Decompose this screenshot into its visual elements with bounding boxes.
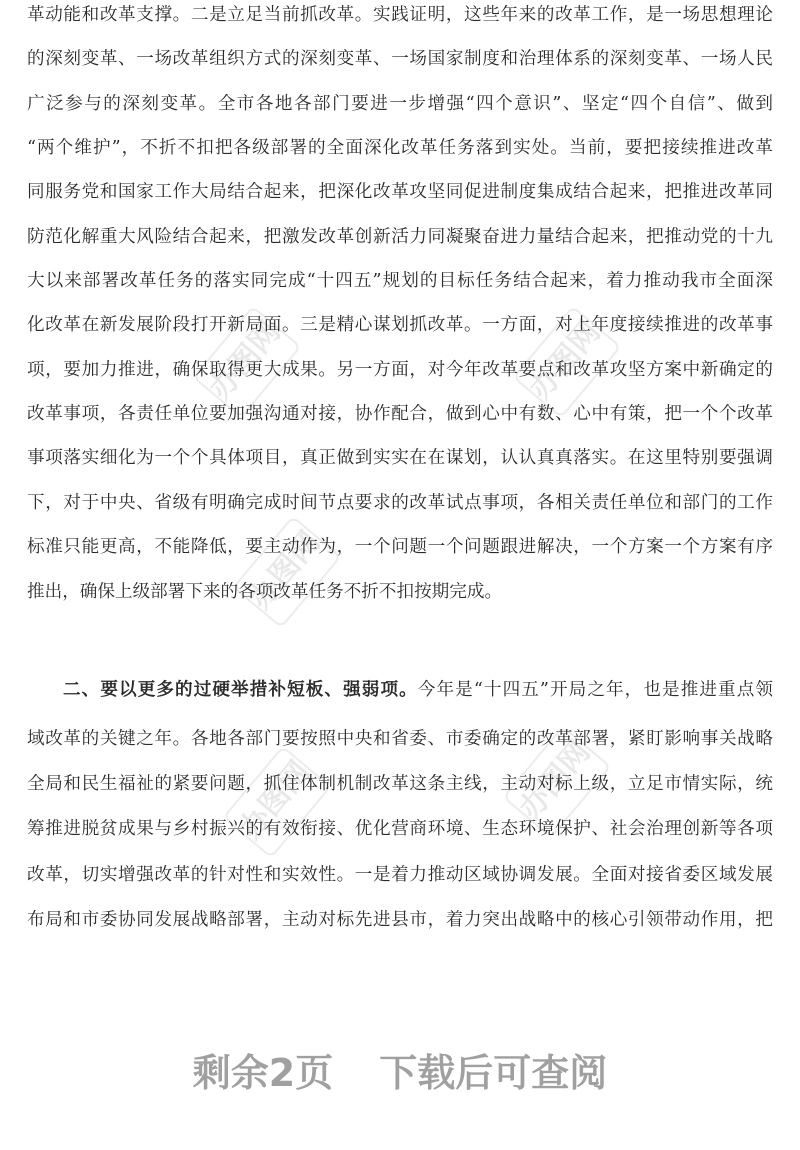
remaining-pages-label: 剩余2页 [193,1046,333,1100]
body-text-line: 下，对于中央、省级有明确完成时间节点要求的改革试点事项，各相关责任单位和部门的工… [27,488,773,518]
download-to-view-label: 下载后可查阅 [379,1046,607,1100]
body-text-line: 标准只能更高，不能降低，要主动作为，一个问题一个问题跟进解决，一个方案一个方案有… [27,532,773,562]
section-intro-text: 今年是“十四五”开局之年，也是推进重点领 [418,680,773,700]
body-text-line: 革动能和改革支撑。二是立足当前抓改革。实践证明，这些年来的改革工作，是一场思想理… [27,0,773,30]
body-text-line: 推出，确保上级部署下来的各项改革任务不折不扣按期完成。 [27,577,773,607]
body-text-line: “两个维护”，不折不扣把各级部署的全面深化改革任务落到实处。当前，要把接续推进改… [27,133,773,163]
download-prompt-banner: 剩余2页下载后可查阅 [0,1046,800,1100]
body-text-line: 布局和市委协同发展战略部署，主动对标先进县市，着力突出战略中的核心引领带动作用，… [27,905,773,935]
section-heading-line: 二、要以更多的过硬举措补短板、强弱项。今年是“十四五”开局之年，也是推进重点领 [63,675,773,705]
body-text-line: 大以来部署改革任务的落实同完成“十四五”规划的目标任务结合起来，着力推动我市全面… [27,266,773,296]
body-text-line: 防范化解重大风险结合起来，把激发改革创新活力同凝聚奋进力量结合起来，把推动党的十… [27,222,773,252]
body-text-line: 的深刻变革、一场改革组织方式的深刻变革、一场国家制度和治理体系的深刻变革、一场人… [27,44,773,74]
body-text-line: 化改革在新发展阶段打开新局面。三是精心谋划抓改革。一方面，对上年度接续推进的改革… [27,310,773,340]
document-page: 办图网 办图网 办图网 办图网 办图网 革动能和改革支撑。二是立足当前抓改革。实… [0,0,800,1150]
body-text-line: 筹推进脱贫成果与乡村振兴的有效衔接、优化营商环境、生态环境保护、社会治理创新等各… [27,814,773,844]
body-text-line: 同服务党和国家工作大局结合起来，把深化改革攻坚同促进制度集成结合起来，把推进改革… [27,177,773,207]
body-text-line: 事项落实细化为一个个具体项目，真正做到实实在在谋划，认认真真落实。在这里特别要强… [27,443,773,473]
section-heading: 二、要以更多的过硬举措补短板、强弱项。 [63,679,418,700]
body-text-line: 项，要加力推进，确保取得更大成果。另一方面，对今年改革要点和改革攻坚方案中新确定… [27,355,773,385]
body-text-line: 广泛参与的深刻变革。全市各地各部门要进一步增强“四个意识”、坚定“四个自信”、做… [27,89,773,119]
body-text-line: 改革事项，各责任单位要加强沟通对接，协作配合，做到心中有数、心中有策，把一个个改… [27,399,773,429]
body-text-line: 全局和民生福祉的紧要问题，抓住体制机制改革这条主线，主动对标上级，立足市情实际，… [27,769,773,799]
body-text-line: 改革，切实增强改革的针对性和实效性。一是着力推动区域协调发展。全面对接省委区域发… [27,860,773,890]
body-text-line: 域改革的关键之年。各地各部门要按照中央和省委、市委确定的改革部署，紧盯影响事关战… [27,724,773,754]
